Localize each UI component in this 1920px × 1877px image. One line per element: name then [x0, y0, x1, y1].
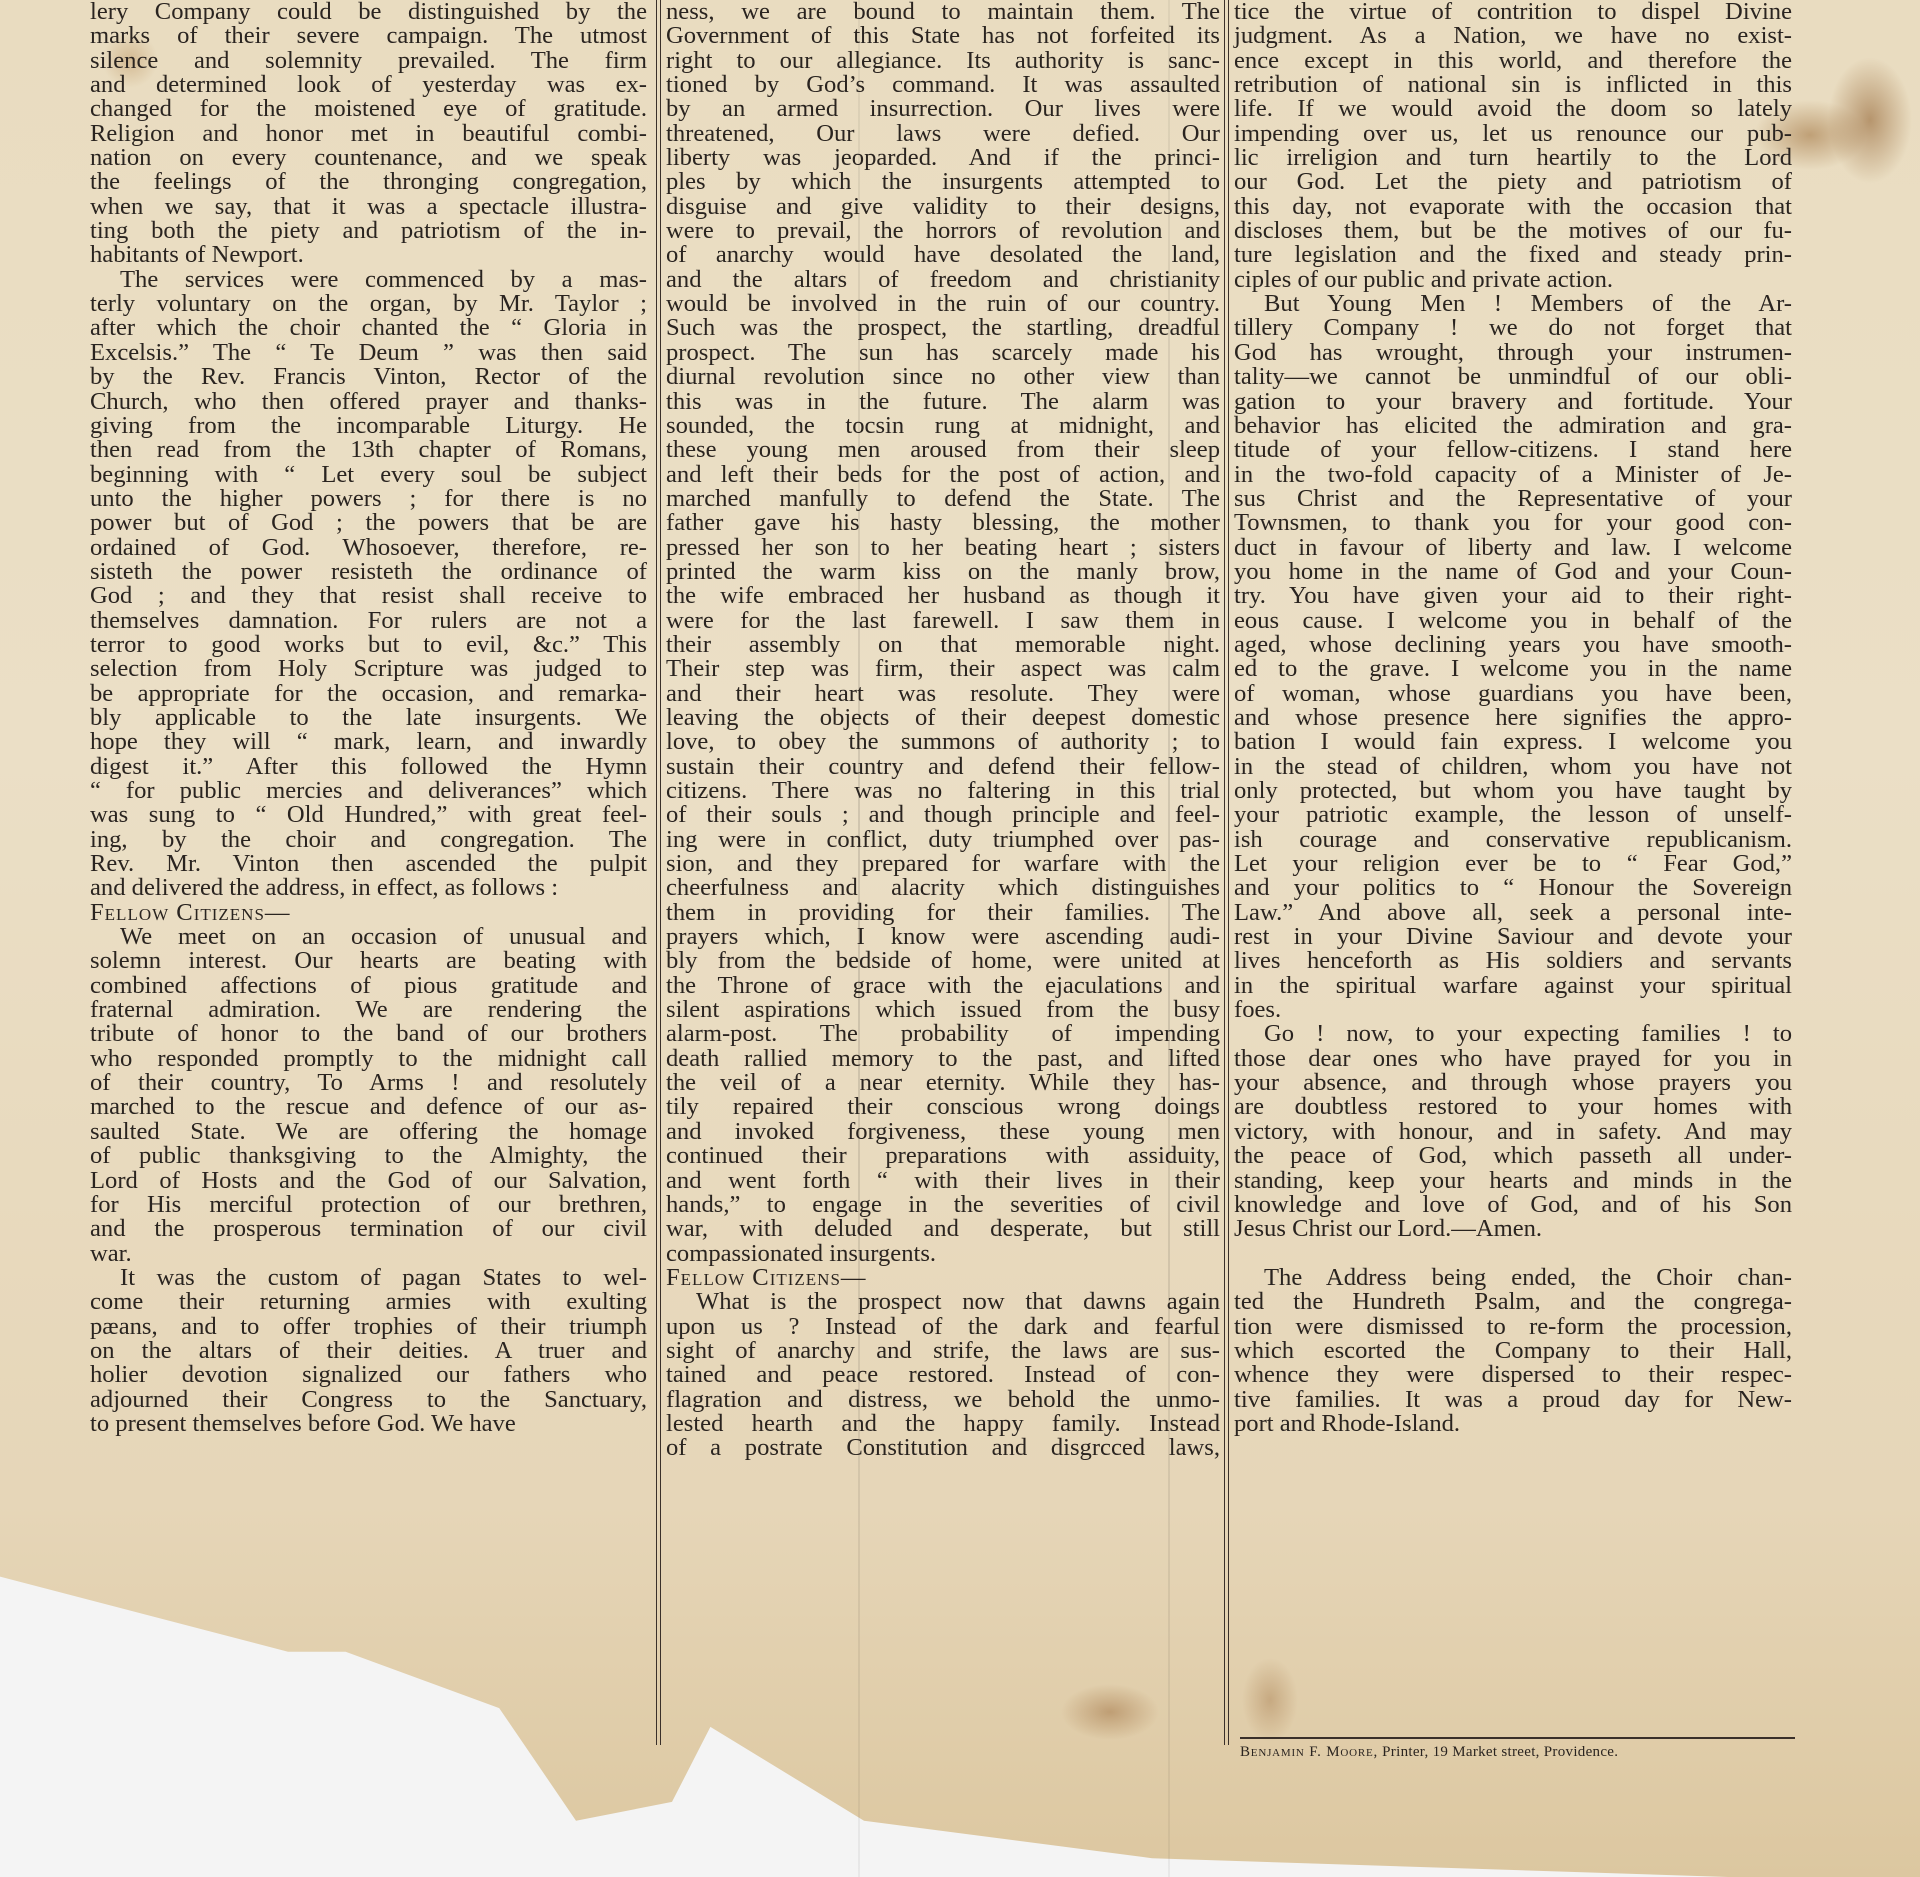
text-line [1234, 1242, 1792, 1266]
text-line: this was in the future. The alarm was [666, 390, 1220, 414]
text-line: and whose presence here signifies the ap… [1234, 706, 1792, 730]
text-column-1: lery Company could be distinguished by t… [90, 0, 647, 1436]
text-line: We meet on an occasion of unusual and [90, 925, 647, 949]
text-line: citizens. There was no faltering in this… [666, 779, 1220, 803]
text-line: Church, who then offered prayer and than… [90, 390, 647, 414]
text-line: tily repaired their conscious wrong doin… [666, 1095, 1220, 1119]
text-line: sus Christ and the Representative of you… [1234, 487, 1792, 511]
text-line: this day, not evaporate with the occasio… [1234, 195, 1792, 219]
text-line: flagration and distress, we behold the u… [666, 1388, 1220, 1412]
text-line: in the stead of children, whom you have … [1234, 755, 1792, 779]
text-line: ture legislation and the fixed and stead… [1234, 243, 1792, 267]
text-line: Such was the prospect, the startling, dr… [666, 316, 1220, 340]
text-line: terly voluntary on the organ, by Mr. Tay… [90, 292, 647, 316]
imprint-rule [1240, 1737, 1795, 1739]
text-line: the feelings of the thronging congregati… [90, 170, 647, 194]
text-line: port and Rhode-Island. [1234, 1412, 1792, 1436]
text-line: lested hearth and the happy family. Inst… [666, 1412, 1220, 1436]
text-line: threatened, Our laws were defied. Our [666, 122, 1220, 146]
column-rule [1228, 0, 1229, 1745]
text-line: after which the choir chanted the “ Glor… [90, 316, 647, 340]
section-heading: Fellow Citizens— [90, 901, 647, 925]
text-line: alarm-post. The probability of impending [666, 1022, 1220, 1046]
text-line: try. You have given your aid to their ri… [1234, 584, 1792, 608]
section-heading: Fellow Citizens— [666, 1266, 1220, 1290]
text-line: tribute of honor to the band of our brot… [90, 1022, 647, 1046]
text-line: whence they were dispersed to their resp… [1234, 1363, 1792, 1387]
text-line: digest it.” After this followed the Hymn [90, 755, 647, 779]
column-rule [656, 0, 657, 1745]
text-column-2: ness, we are bound to maintain them. The… [666, 0, 1220, 1461]
text-line: sounded, the tocsin rung at midnight, an… [666, 414, 1220, 438]
text-line: death rallied memory to the past, and li… [666, 1047, 1220, 1071]
text-line: then read from the 13th chapter of Roman… [90, 438, 647, 462]
text-line: Government of this State has not forfeit… [666, 24, 1220, 48]
text-line: silence and solemnity prevailed. The fir… [90, 49, 647, 73]
text-line: standing, keep your hearts and minds in … [1234, 1169, 1792, 1193]
text-line: right to our allegiance. Its authority i… [666, 49, 1220, 73]
text-line: Religion and honor met in beautiful comb… [90, 122, 647, 146]
text-line: bly from the bedside of home, were unite… [666, 949, 1220, 973]
text-line: bation I would fain express. I welcome y… [1234, 730, 1792, 754]
text-line: by an armed insurrection. Our lives were [666, 97, 1220, 121]
text-line: when we say, that it was a spectacle ill… [90, 195, 647, 219]
text-line: in the spiritual warfare against your sp… [1234, 974, 1792, 998]
text-line: for His merciful protection of our breth… [90, 1193, 647, 1217]
text-line: eous cause. I welcome you in behalf of t… [1234, 609, 1792, 633]
text-line: and their heart was resolute. They were [666, 682, 1220, 706]
text-line: terror to good works but to evil, &c.” T… [90, 633, 647, 657]
text-line: discloses them, but be the motives of ou… [1234, 219, 1792, 243]
text-line: habitants of Newport. [90, 243, 647, 267]
text-line: was sung to “ Old Hundred,” with great f… [90, 803, 647, 827]
text-line: lic irreligion and turn heartily to the … [1234, 146, 1792, 170]
text-line: ish courage and conservative republicani… [1234, 828, 1792, 852]
text-line: pressed her son to her beating heart ; s… [666, 536, 1220, 560]
text-line: and left their beds for the post of acti… [666, 463, 1220, 487]
text-line: leaving the objects of their deepest dom… [666, 706, 1220, 730]
text-line: war, with deluded and desperate, but sti… [666, 1217, 1220, 1241]
text-line: compassionated insurgents. [666, 1242, 1220, 1266]
text-line: ing, by the choir and congregation. The [90, 828, 647, 852]
printer-address: Printer, 19 Market street, Providence. [1378, 1744, 1618, 1760]
text-line: sustain their country and defend their f… [666, 755, 1220, 779]
text-line: knowledge and love of God, and of his So… [1234, 1193, 1792, 1217]
text-line: ing were in conflict, duty triumphed ove… [666, 828, 1220, 852]
printer-imprint: Benjamin F. Moore, Printer, 19 Market st… [1240, 1744, 1800, 1761]
text-line: The Address being ended, the Choir chan- [1234, 1266, 1792, 1290]
text-line: lery Company could be distinguished by t… [90, 0, 647, 24]
text-line: marks of their severe campaign. The utmo… [90, 24, 647, 48]
text-line: ed to the grave. I welcome you in the na… [1234, 657, 1792, 681]
text-line: ness, we are bound to maintain them. The [666, 0, 1220, 24]
text-line: foes. [1234, 998, 1792, 1022]
text-line: saulted State. We are offering the homag… [90, 1120, 647, 1144]
text-line: the peace of God, which passeth all unde… [1234, 1144, 1792, 1168]
text-line: those dear ones who have prayed for you … [1234, 1047, 1792, 1071]
text-line: of woman, whose guardians you have been, [1234, 682, 1792, 706]
column-rule [1224, 0, 1225, 1745]
column-rule [660, 0, 661, 1745]
text-line: ting both the piety and patriotism of th… [90, 219, 647, 243]
text-line: holier devotion signalized our fathers w… [90, 1363, 647, 1387]
text-line: Townsmen, to thank you for your good con… [1234, 511, 1792, 535]
text-line: tained and peace restored. Instead of co… [666, 1363, 1220, 1387]
text-line: your absence, and through whose prayers … [1234, 1071, 1792, 1095]
text-line: love, to obey the summons of authority ;… [666, 730, 1220, 754]
text-line: printed the warm kiss on the manly brow, [666, 560, 1220, 584]
text-line: lives henceforth as His soldiers and ser… [1234, 949, 1792, 973]
text-line: in the two-fold capacity of a Minister o… [1234, 463, 1792, 487]
text-line: changed for the moistened eye of gratitu… [90, 97, 647, 121]
text-line: hope they will “ mark, learn, and inward… [90, 730, 647, 754]
text-line: nation on every countenance, and we spea… [90, 146, 647, 170]
text-line: What is the prospect now that dawns agai… [666, 1290, 1220, 1314]
text-line: them in providing for their families. Th… [666, 901, 1220, 925]
text-line: duct in favour of liberty and law. I wel… [1234, 536, 1792, 560]
text-line: Let your religion ever be to “ Fear God,… [1234, 852, 1792, 876]
text-line: retribution of national sin is inflicted… [1234, 73, 1792, 97]
text-line: tality—we cannot be unmindful of our obl… [1234, 365, 1792, 389]
text-line: victory, with honour, and in safety. And… [1234, 1120, 1792, 1144]
text-line: unto the higher powers ; for there is no [90, 487, 647, 511]
text-line: gation to your bravery and fortitude. Yo… [1234, 390, 1792, 414]
text-line: sion, and they prepared for warfare with… [666, 852, 1220, 876]
text-line: ciples of our public and private action. [1234, 268, 1792, 292]
text-line: Go ! now, to your expecting families ! t… [1234, 1022, 1792, 1046]
text-line: power but of God ; the powers that be ar… [90, 511, 647, 535]
text-line: marched manfully to defend the State. Th… [666, 487, 1220, 511]
text-line: on the altars of their deities. A truer … [90, 1339, 647, 1363]
text-line: ordained of God. Whosoever, therefore, r… [90, 536, 647, 560]
text-line: come their returning armies with exultin… [90, 1290, 647, 1314]
text-line: selection from Holy Scripture was judged… [90, 657, 647, 681]
text-line: would be involved in the ruin of our cou… [666, 292, 1220, 316]
text-line: ples by which the insurgents attempted t… [666, 170, 1220, 194]
text-line: and the altars of freedom and christiani… [666, 268, 1220, 292]
text-line: It was the custom of pagan States to wel… [90, 1266, 647, 1290]
text-line: are doubtless restored to your homes wit… [1234, 1095, 1792, 1119]
text-line: sight of anarchy and strife, the laws ar… [666, 1339, 1220, 1363]
text-line: of public thanksgiving to the Almighty, … [90, 1144, 647, 1168]
text-line: Rev. Mr. Vinton then ascended the pulpit [90, 852, 647, 876]
text-line: tice the virtue of contrition to dispel … [1234, 0, 1792, 24]
text-line: the veil of a near eternity. While they … [666, 1071, 1220, 1095]
text-line: who responded promptly to the midnight c… [90, 1047, 647, 1071]
text-line: rest in your Divine Saviour and devote y… [1234, 925, 1792, 949]
text-line: their assembly on that memorable night. [666, 633, 1220, 657]
text-line: and invoked forgiveness, these young men [666, 1120, 1220, 1144]
text-line: beginning with “ Let every soul be subje… [90, 463, 647, 487]
text-line: and went forth “ with their lives in the… [666, 1169, 1220, 1193]
text-line: and your politics to “ Honour the Sovere… [1234, 876, 1792, 900]
text-line: themselves damnation. For rulers are not… [90, 609, 647, 633]
text-line: bly applicable to the late insurgents. W… [90, 706, 647, 730]
text-line: war. [90, 1242, 647, 1266]
text-line: “ for public mercies and deliverances” w… [90, 779, 647, 803]
text-line: ence except in this world, and therefore… [1234, 49, 1792, 73]
text-line: pæans, and to offer trophies of their tr… [90, 1315, 647, 1339]
text-line: which escorted the Company to their Hall… [1234, 1339, 1792, 1363]
printer-name: Benjamin F. Moore, [1240, 1744, 1378, 1760]
text-line: of anarchy would have desolated the land… [666, 243, 1220, 267]
text-line: silent aspirations which issued from the… [666, 998, 1220, 1022]
text-line: Law.” And above all, seek a personal int… [1234, 901, 1792, 925]
text-line: God ; and they that resist shall receive… [90, 584, 647, 608]
text-line: combined affections of pious gratitude a… [90, 974, 647, 998]
text-line: liberty was jeoparded. And if the princi… [666, 146, 1220, 170]
text-line: and determined look of yesterday was ex- [90, 73, 647, 97]
text-line: only protected, but whom you have taught… [1234, 779, 1792, 803]
text-line: of their country, To Arms ! and resolute… [90, 1071, 647, 1095]
text-line: you home in the name of God and your Cou… [1234, 560, 1792, 584]
text-line: ted the Hundreth Psalm, and the congrega… [1234, 1290, 1792, 1314]
text-line: diurnal revolution since no other view t… [666, 365, 1220, 389]
text-line: hands,” to engage in the severities of c… [666, 1193, 1220, 1217]
text-line: of their souls ; and though principle an… [666, 803, 1220, 827]
text-line: Jesus Christ our Lord.—Amen. [1234, 1217, 1792, 1241]
text-line: our God. Let the piety and patriotism of [1234, 170, 1792, 194]
text-line: father gave his hasty blessing, the moth… [666, 511, 1220, 535]
text-line: tive families. It was a proud day for Ne… [1234, 1388, 1792, 1412]
text-line: giving from the incomparable Liturgy. He [90, 414, 647, 438]
text-line: marched to the rescue and defence of our… [90, 1095, 647, 1119]
text-line: the wife embraced her husband as though … [666, 584, 1220, 608]
text-line: of a postrate Constitution and disgrcced… [666, 1436, 1220, 1460]
text-line: and delivered the address, in effect, as… [90, 876, 647, 900]
text-line: God has wrought, through your instrumen- [1234, 341, 1792, 365]
text-line: these young men aroused from their sleep [666, 438, 1220, 462]
text-line: upon us ? Instead of the dark and fearfu… [666, 1315, 1220, 1339]
text-line: were for the last farewell. I saw them i… [666, 609, 1220, 633]
text-line: be appropriate for the occasion, and rem… [90, 682, 647, 706]
text-line: Excelsis.” The “ Te Deum ” was then said [90, 341, 647, 365]
text-line: fraternal admiration. We are rendering t… [90, 998, 647, 1022]
text-line: life. If we would avoid the doom so late… [1234, 97, 1792, 121]
text-line: tion were dismissed to re-form the proce… [1234, 1315, 1792, 1339]
text-line: to present themselves before God. We hav… [90, 1412, 647, 1436]
text-line: continued their preparations with assidu… [666, 1144, 1220, 1168]
text-line: by the Rev. Francis Vinton, Rector of th… [90, 365, 647, 389]
text-line: prayers which, I know were ascending aud… [666, 925, 1220, 949]
text-line: The services were commenced by a mas- [90, 268, 647, 292]
text-line: sisteth the power resisteth the ordinanc… [90, 560, 647, 584]
text-line: solemn interest. Our hearts are beating … [90, 949, 647, 973]
text-line: the Throne of grace with the ejaculation… [666, 974, 1220, 998]
text-line: cheerfulness and alacrity which distingu… [666, 876, 1220, 900]
text-line: disguise and give validity to their desi… [666, 195, 1220, 219]
text-line: aged, whose declining years you have smo… [1234, 633, 1792, 657]
text-line: Lord of Hosts and the God of our Salvati… [90, 1169, 647, 1193]
text-line: But Young Men ! Members of the Ar- [1234, 292, 1792, 316]
text-line: impending over us, let us renounce our p… [1234, 122, 1792, 146]
text-line: judgment. As a Nation, we have no exist- [1234, 24, 1792, 48]
text-line: tioned by God’s command. It was assaulte… [666, 73, 1220, 97]
text-line: behavior has elicited the admiration and… [1234, 414, 1792, 438]
text-line: were to prevail, the horrors of revoluti… [666, 219, 1220, 243]
text-line: prospect. The sun has scarcely made his [666, 341, 1220, 365]
text-line: and the prosperous termination of our ci… [90, 1217, 647, 1241]
text-line: titude of your fellow-citizens. I stand … [1234, 438, 1792, 462]
text-line: adjourned their Congress to the Sanctuar… [90, 1388, 647, 1412]
text-line: your patriotic example, the lesson of un… [1234, 803, 1792, 827]
text-line: tillery Company ! we do not forget that [1234, 316, 1792, 340]
text-line: Their step was firm, their aspect was ca… [666, 657, 1220, 681]
text-column-3: tice the virtue of contrition to dispel … [1234, 0, 1792, 1436]
